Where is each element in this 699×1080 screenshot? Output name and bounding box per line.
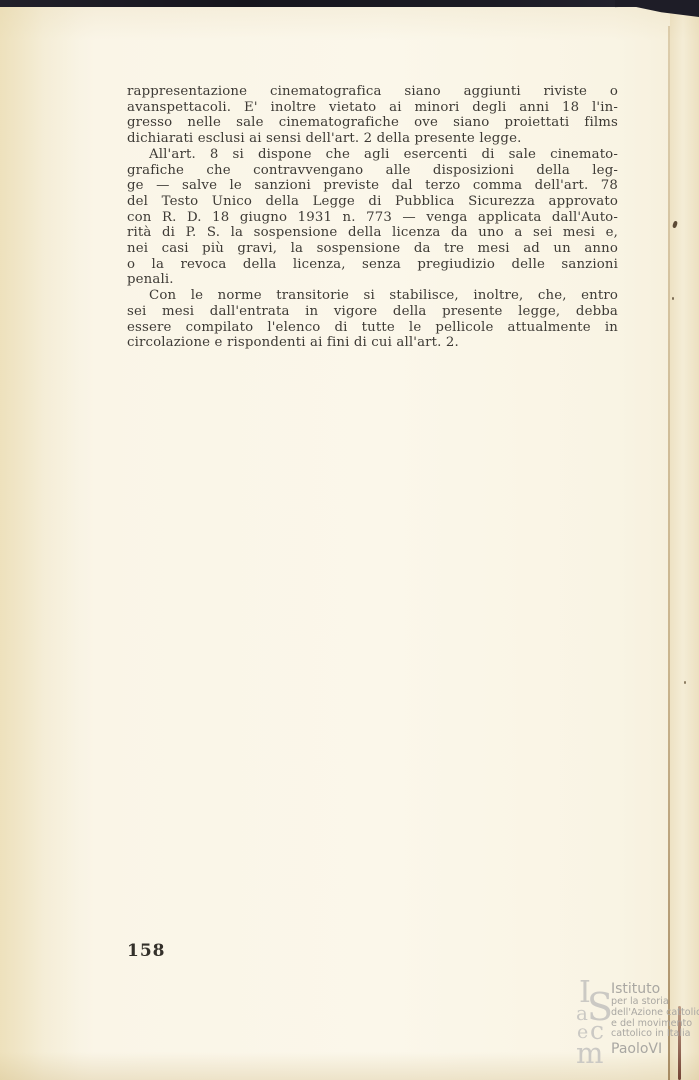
- page-number: 158: [127, 941, 166, 961]
- text-line: ge — salve le sanzioni previste dal terz…: [127, 178, 618, 194]
- paper-speck: [684, 681, 686, 684]
- text-line: rità di P. S. la sospensione della licen…: [127, 225, 618, 241]
- isacem-caption-line: cattolico in Italia: [611, 1029, 699, 1040]
- isacem-caption-footer: PaoloVI: [611, 1042, 699, 1057]
- paper-left-edge: [0, 0, 78, 1080]
- body-text: rappresentazione cinematografica siano a…: [127, 84, 618, 351]
- page-edge-crease: [668, 26, 670, 1080]
- text-line: essere compilato l'elenco di tutte le pe…: [127, 320, 618, 336]
- text-line: o la revoca della licenza, senza pregiud…: [127, 257, 618, 273]
- text-line: gresso nelle sale cinematografiche ove s…: [127, 115, 618, 131]
- isacem-logo: I a S e c m: [576, 981, 608, 1067]
- paper-speck: [672, 297, 674, 300]
- isacem-caption-line: dell'Azione cattolica: [611, 1008, 699, 1019]
- book-cover-corner: [615, 0, 699, 17]
- scanned-book-page: rappresentazione cinematografica siano a…: [0, 0, 699, 1080]
- text-line: circolazione e rispondenti ai fini di cu…: [127, 335, 618, 351]
- text-line: grafiche che contravvengano alle disposi…: [127, 163, 618, 179]
- text-line: nei casi più gravi, la sospensione da tr…: [127, 241, 618, 257]
- text-line: del Testo Unico della Legge di Pubblica …: [127, 194, 618, 210]
- text-line: con R. D. 18 giugno 1931 n. 773 — venga …: [127, 210, 618, 226]
- book-binding-top: [0, 0, 699, 7]
- text-line: penali.: [127, 272, 618, 288]
- text-line: dichiarati esclusi ai sensi dell'art. 2 …: [127, 131, 618, 147]
- text-line: avanspettacoli. E' inoltre vietato ai mi…: [127, 100, 618, 116]
- text-line: sei mesi dall'entrata in vigore della pr…: [127, 304, 618, 320]
- isacem-caption: Istituto per la storia dell'Azione catto…: [611, 981, 699, 1071]
- text-line: rappresentazione cinematografica siano a…: [127, 84, 618, 100]
- paper-right-edge: [670, 0, 699, 1080]
- isacem-watermark: I a S e c m Istituto per la storia dell'…: [576, 981, 699, 1071]
- isacem-caption-title: Istituto: [611, 982, 699, 997]
- text-line: Con le norme transitorie si stabilisce, …: [127, 288, 618, 304]
- logo-letter-m: m: [576, 1039, 604, 1068]
- text-line: All'art. 8 si dispone che agli esercenti…: [127, 147, 618, 163]
